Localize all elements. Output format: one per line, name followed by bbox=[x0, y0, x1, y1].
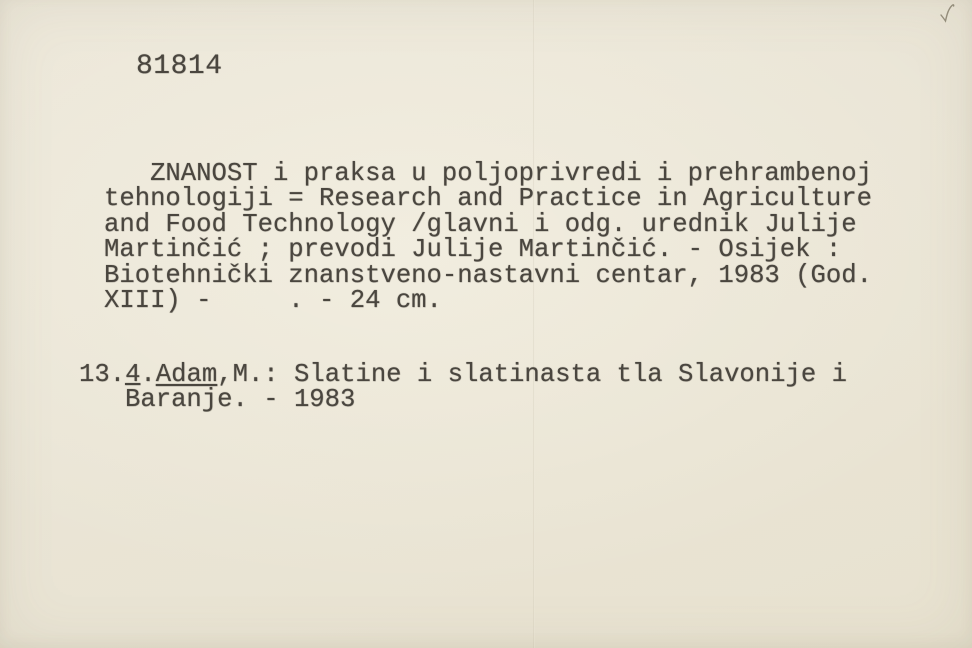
description-line-1: ZNANOST i praksa u poljoprivredi i prehr… bbox=[104, 161, 924, 186]
entry-line2-initial: B bbox=[125, 385, 140, 414]
description-line-2: tehnologiji = Research and Practice in A… bbox=[104, 186, 924, 211]
bibliographic-description: ZNANOST i praksa u poljoprivredi i prehr… bbox=[104, 161, 924, 313]
paper-crease bbox=[533, 0, 535, 648]
description-line-5: Biotehnički znanstveno-nastavni centar, … bbox=[104, 263, 924, 288]
entry-line-2: Baranje. - 1983 bbox=[79, 387, 847, 412]
entry-line2-text: aranje. - 1983 bbox=[140, 385, 355, 414]
analytic-entry: 13.4.Adam,M.: Slatine i slatinasta tla S… bbox=[79, 362, 847, 412]
pencil-checkmark-icon bbox=[939, 2, 959, 28]
description-line-4: Martinčić ; prevodi Julije Martinčić. - … bbox=[104, 237, 924, 262]
accession-number: 81814 bbox=[136, 52, 223, 82]
description-line-6: XIII) - . - 24 cm. bbox=[104, 288, 924, 313]
description-line-3: and Food Technology /glavni i odg. uredn… bbox=[104, 212, 924, 237]
library-catalog-card: 81814 ZNANOST i praksa u poljoprivredi i… bbox=[0, 0, 972, 648]
entry-line-1: 13.4.Adam,M.: Slatine i slatinasta tla S… bbox=[79, 362, 847, 387]
